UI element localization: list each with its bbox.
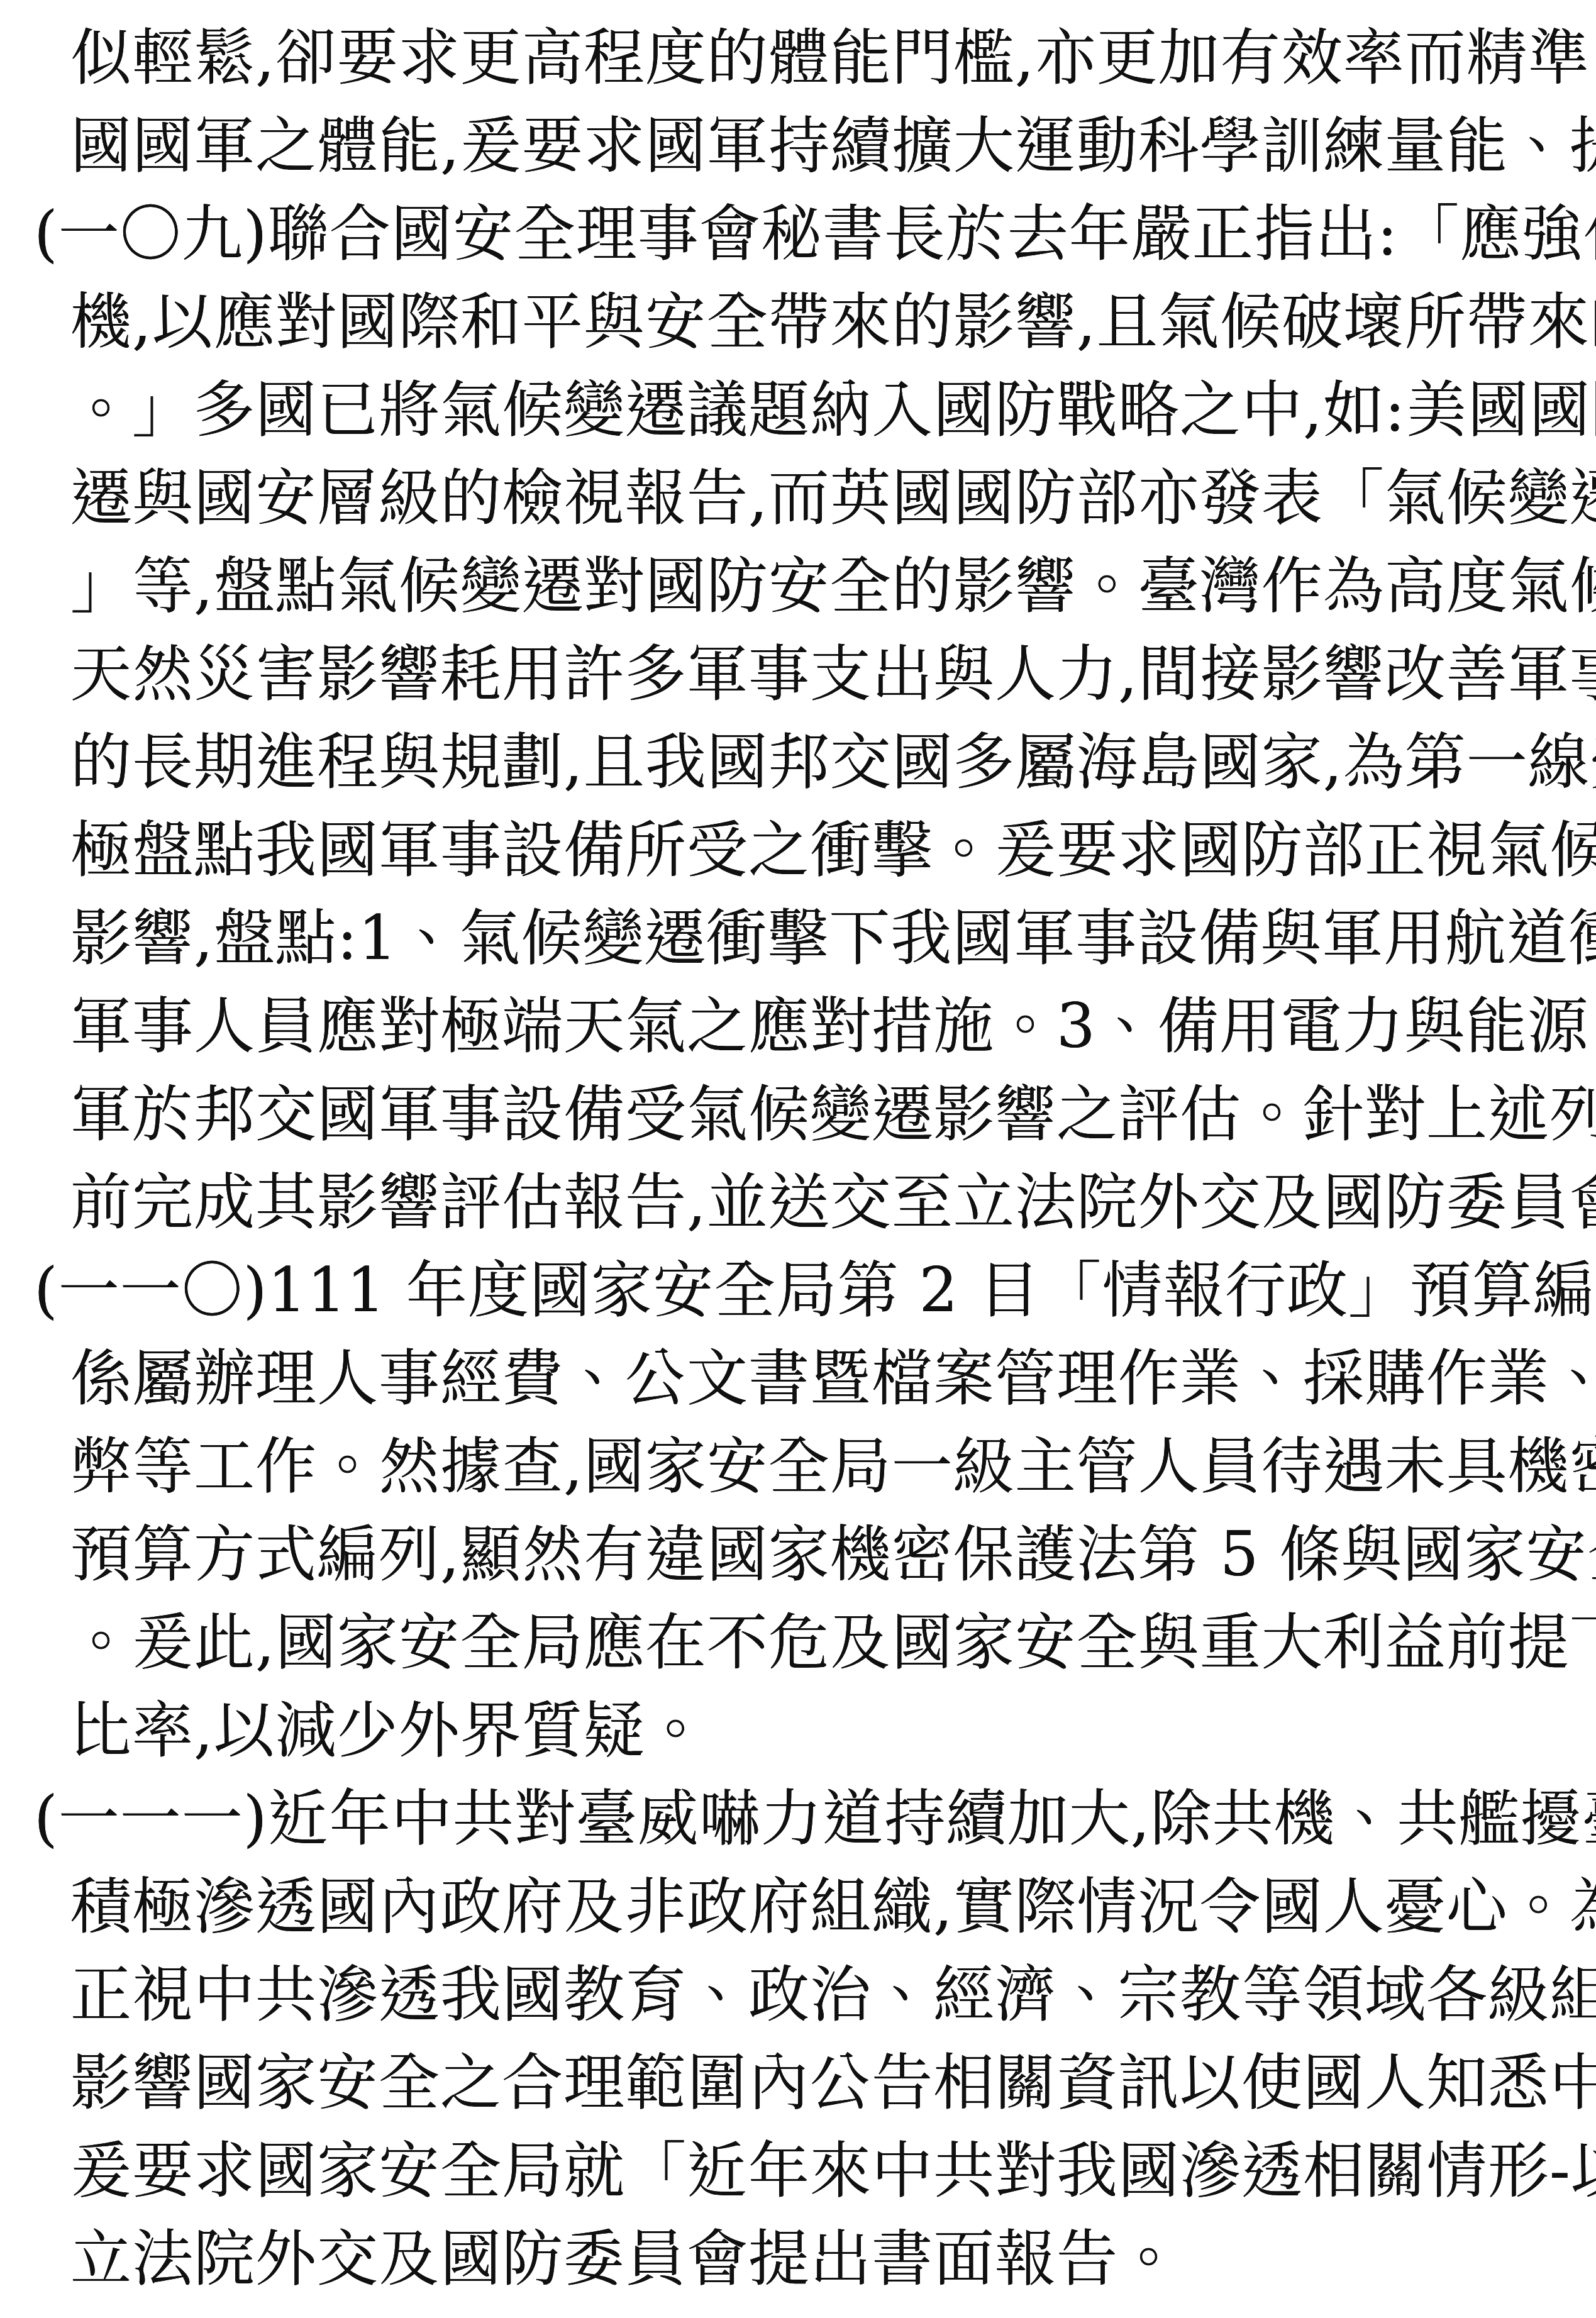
text-line: (一一〇)111 年度國家安全局第 2 目「情報行政」預算編列 9 億 2,94… — [0, 1246, 1596, 1334]
text-line: 比率,以減少外界質疑。 — [0, 1687, 1596, 1775]
text-line: 國國軍之體能,爰要求國軍持續擴大運動科學訓練量能、提高我國戰力。 — [0, 102, 1596, 190]
text-line: 係屬辦理人事經費、公文書暨檔案管理作業、採購作業、財產管理、肅貪防 — [0, 1334, 1596, 1422]
text-line: 前完成其影響評估報告,並送交至立法院外交及國防委員會。 — [0, 1158, 1596, 1246]
text-line: 弊等工作。然據查,國家安全局一級主管人員待遇未具機密性,卻仍以機密 — [0, 1422, 1596, 1511]
text-line: 立法院外交及國防委員會提出書面報告。 — [0, 2215, 1596, 2303]
text-line: 似輕鬆,卻要求更高程度的體能門檻,亦更加有效率而精準。為有效增強我 — [0, 14, 1596, 102]
text-line: 極盤點我國軍事設備所受之衝擊。爰要求國防部正視氣候變遷對國土安全之 — [0, 806, 1596, 894]
text-line: 。爰此,國家安全局應在不危及國家安全與重大利益前提下,檢討公開預算 — [0, 1599, 1596, 1687]
text-line: 」等,盤點氣候變遷對國防安全的影響。臺灣作為高度氣候風險國家,頻受 — [0, 542, 1596, 630]
document-body: 似輕鬆,卻要求更高程度的體能門檻,亦更加有效率而精準。為有效增強我國國軍之體能,… — [0, 14, 1596, 2303]
text-line: 的長期進程與規劃,且我國邦交國多屬海島國家,為第一線受衝擊國,應積 — [0, 718, 1596, 806]
text-line: 機,以應對國際和平與安全帶來的影響,且氣候破壞所帶來的危機是加乘的 — [0, 278, 1596, 366]
text-line: 積極滲透國內政府及非政府組織,實際情況令國人憂心。為促使國家安全局 — [0, 1863, 1596, 1951]
text-line: 。」多國已將氣候變遷議題納入國防戰略之中,如:美國國防部發布氣候變 — [0, 366, 1596, 454]
text-line: 爰要求國家安全局就「近年來中共對我國滲透相關情形-以經濟層面為例」向 — [0, 2127, 1596, 2215]
scanned-document-page: 似輕鬆,卻要求更高程度的體能門檻,亦更加有效率而精準。為有效增強我國國軍之體能,… — [0, 0, 1596, 2318]
text-line: 遷與國安層級的檢視報告,而英國國防部亦發表「氣候變遷與永續戰略方針 — [0, 454, 1596, 542]
text-line: 影響國家安全之合理範圍內公告相關資訊以使國人知悉中共滲透現況事實, — [0, 2039, 1596, 2127]
text-line: 軍事人員應對極端天氣之應對措施。3、備用電力與能源自足之評估。4、我 — [0, 982, 1596, 1070]
text-line: 軍於邦交國軍事設備受氣候變遷影響之評估。針對上述列點,於 111 年 10 月 — [0, 1070, 1596, 1158]
text-line: (一〇九)聯合國安全理事會秘書長於去年嚴正指出:「應強化不斷升級的氣候危 — [0, 190, 1596, 278]
text-line: 正視中共滲透我國教育、政治、經濟、宗教等領域各級組織之現狀,並於不 — [0, 1951, 1596, 2039]
text-line: (一一一)近年中共對臺威嚇力道持續加大,除共機、共艦擾臺之軍事威脅外,也 — [0, 1775, 1596, 1863]
text-line: 天然災害影響耗用許多軍事支出與人力,間接影響改善軍事基礎設施、設備 — [0, 630, 1596, 718]
text-line: 影響,盤點:1、氣候變遷衝擊下我國軍事設備與軍用航道衝擊之評估。2、 — [0, 894, 1596, 982]
text-line: 預算方式編列,顯然有違國家機密保護法第 5 條與國家安全局組織法第 9 條 — [0, 1511, 1596, 1599]
